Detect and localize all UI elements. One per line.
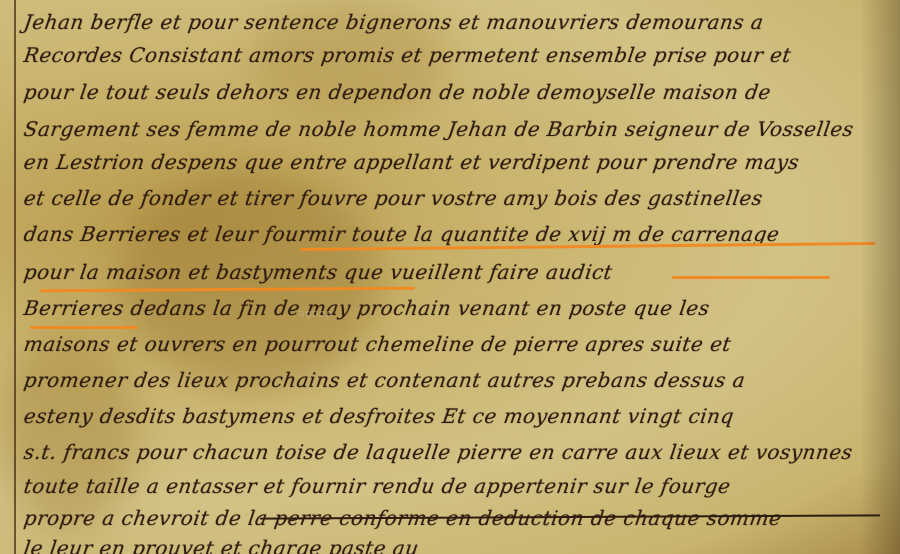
manuscript-line: et celle de fonder et tirer fouvre pour … (22, 186, 764, 210)
manuscript-line: pour la maison et bastyments que vueille… (22, 260, 614, 284)
manuscript-line: Recordes Consistant amors promis et perm… (22, 43, 792, 67)
margin-rule (14, 0, 16, 554)
manuscript-line: pour le tout seuls dehors en dependon de… (22, 80, 772, 104)
manuscript-line: dans Berrieres et leur fourmir toute la … (22, 222, 781, 246)
manuscript-line: Berrieres dedans la fin de may prochain … (22, 296, 711, 320)
manuscript-line: maisons et ouvrers en pourrout chemeline… (22, 332, 733, 356)
manuscript-line: en Lestrion despens que entre appellant … (22, 150, 801, 174)
highlight-underline (30, 326, 138, 329)
manuscript-line: toute taille a entasser et fournir rendu… (22, 474, 732, 498)
highlight-underline (672, 276, 830, 279)
manuscript-line: le leur en prouvet et charge paste au (22, 536, 420, 554)
manuscript-line: promener des lieux prochains et contenan… (22, 368, 747, 392)
page-edge-shadow (860, 0, 900, 554)
manuscript-page: Jehan berfle et pour sentence bignerons … (0, 0, 900, 554)
manuscript-line: s.t. francs pour chacun toise de laquell… (22, 440, 854, 464)
manuscript-line: Jehan berfle et pour sentence bignerons … (22, 10, 765, 34)
manuscript-line: esteny desdits bastymens et desfroites E… (22, 404, 735, 428)
manuscript-line: Sargement ses femme de noble homme Jehan… (22, 117, 855, 141)
watermark: agnop (298, 307, 332, 320)
parchment-stain (0, 330, 140, 530)
